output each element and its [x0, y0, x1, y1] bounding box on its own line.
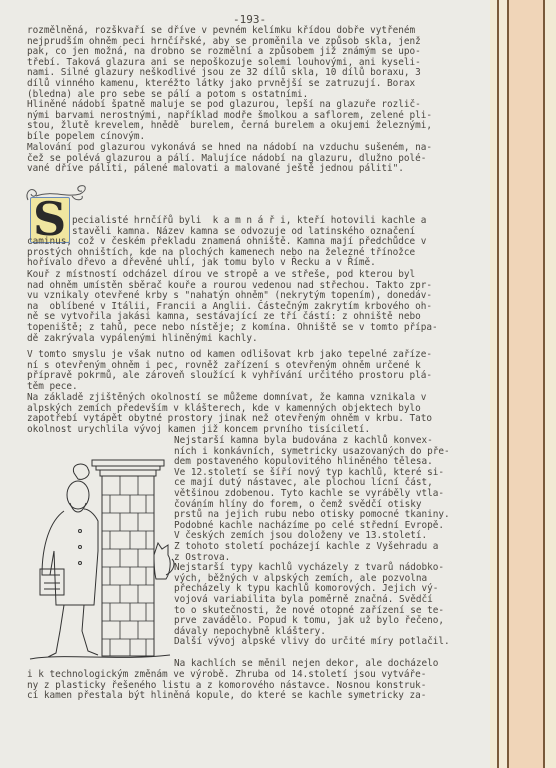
paragraph-alpine-monasteries: Na základě zjištěných okolností se můžem…	[27, 393, 432, 435]
binding-band	[509, 0, 545, 768]
paragraph-stove-makers-rest: caminus, což v českém překladu znamená o…	[27, 237, 426, 269]
paragraph-underglaze-painting: Malování pod glazurou vykonává se hned n…	[27, 143, 432, 175]
paragraph-painting-on-glaze: Hliněné nádobí špatně maluje se pod glaz…	[27, 100, 432, 142]
paragraph-fireplace-vs-stove: V tomto smyslu je však nutno od kamen od…	[27, 350, 432, 392]
document-page: -193- rozmělněná, rozškvaří se dříve v p…	[0, 0, 490, 768]
paragraph-glaze-preparation: rozmělněná, rozškvaří se dříve v pevném …	[27, 26, 421, 100]
potter-stove-illustration-icon	[20, 455, 180, 665]
paragraph-oldest-stoves: Nejstarší kamna byla budována z kachlů k…	[174, 436, 450, 648]
paragraph-technology-first-line: Na kachlích se měnil nejen dekor, ale do…	[174, 659, 438, 670]
paragraph-smoke-and-fireplaces: Kouř z místností odcházel dírou ve strop…	[27, 270, 438, 344]
paragraph-stove-makers-first-lines: pecialisté hrnčířů byli k a m n á ř i, k…	[72, 216, 426, 237]
page-edge-strip	[499, 0, 507, 768]
paragraph-technology-rest: i k technologickým změnám ve výrobě. Zhr…	[27, 670, 426, 702]
page-edge-strip	[545, 0, 556, 768]
